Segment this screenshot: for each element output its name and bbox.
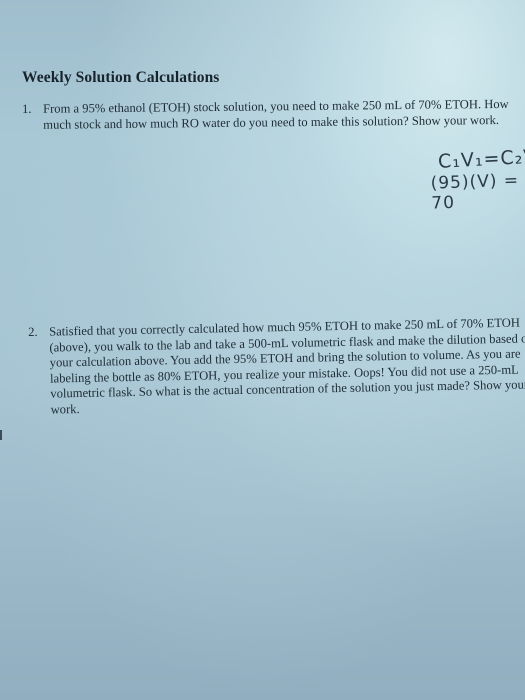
- page-edge-mark: [0, 430, 2, 440]
- question-1: 1. From a 95% ethanol (ETOH) stock solut…: [22, 97, 517, 102]
- worksheet-page: Weekly Solution Calculations 1. From a 9…: [0, 0, 525, 700]
- question-number: 2.: [28, 325, 38, 341]
- handwritten-work: (95)(V) = 70: [430, 170, 525, 213]
- question-text: From a 95% ethanol (ETOH) stock solution…: [43, 97, 509, 133]
- handwritten-formula: C₁V₁=C₂V₂: [437, 145, 525, 173]
- worksheet-title: Weekly Solution Calculations: [22, 69, 219, 87]
- question-text: Satisfied that you correctly calculated …: [49, 315, 525, 418]
- question-number: 1.: [22, 102, 32, 118]
- question-2: 2. Satisfied that you correctly calculat…: [28, 316, 520, 325]
